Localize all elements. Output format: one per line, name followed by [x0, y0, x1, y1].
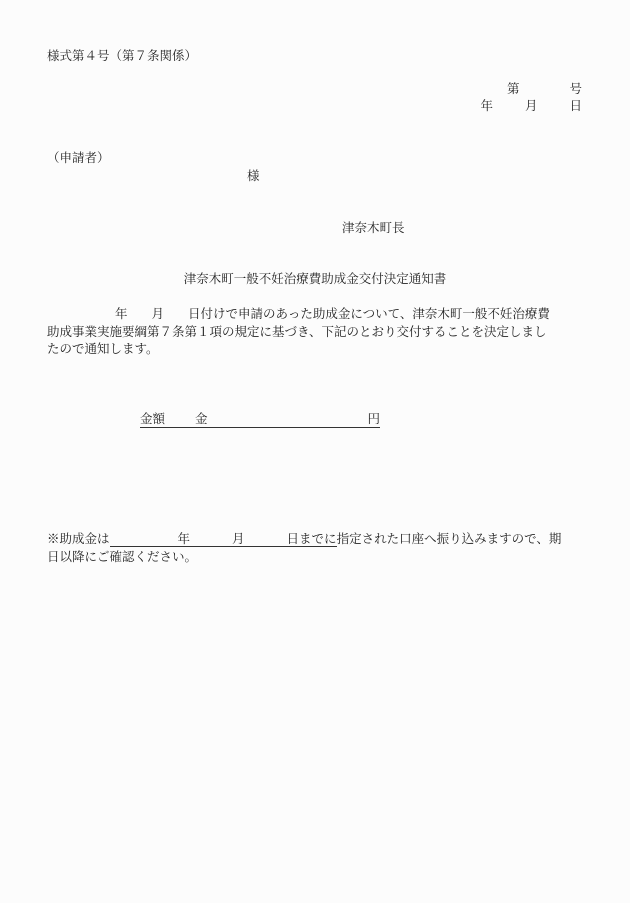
- payment-note: ※助成金は年月日までに指定された口座へ振り込みますので、期 日以降にご確認くださ…: [47, 530, 583, 566]
- payment-date-blank: 年月日までに: [110, 531, 337, 547]
- body-line-2: 助成事業実施要綱第７条第１項の規定に基づき、下記のとおり交付することを決定しまし: [47, 323, 583, 341]
- note-line-2: 日以降にご確認ください。: [47, 548, 583, 566]
- amount-label: 金額: [140, 410, 195, 427]
- body-paragraph: 年月日付けで申請のあった助成金について、津奈木町一般不妊治療費 助成事業実施要綱…: [47, 305, 583, 358]
- body-line-1-text: 日付けで申請のあった助成金について、津奈木町一般不妊治療費: [188, 306, 550, 321]
- note-month: 月: [232, 531, 245, 546]
- note-prefix: ※助成金は: [47, 531, 110, 546]
- form-number-label: 様式第４号（第７条関係）: [47, 47, 197, 64]
- applicant-honorific: 様: [247, 167, 260, 184]
- applicant-label: （申請者）: [47, 149, 110, 166]
- number-suffix: 号: [569, 80, 582, 97]
- note-day-until: 日までに: [287, 531, 337, 546]
- amount-prefix: 金: [195, 410, 367, 427]
- document-title: 津奈木町一般不妊治療費助成金交付決定通知書: [0, 270, 630, 287]
- document-date: 年月日: [480, 97, 582, 114]
- body-line-1: 年月日付けで申請のあった助成金について、津奈木町一般不妊治療費: [47, 305, 583, 323]
- note-line-1-text: 指定された口座へ振り込みますので、期: [337, 531, 562, 546]
- date-day: 日: [569, 97, 582, 114]
- note-line-1: ※助成金は年月日までに指定された口座へ振り込みますので、期: [47, 530, 583, 548]
- body-line-3: たので通知します。: [47, 340, 583, 358]
- note-year: 年: [178, 531, 191, 546]
- document-number: 第号: [507, 80, 582, 97]
- amount-suffix: 円: [367, 410, 380, 427]
- date-month: 月: [525, 97, 538, 114]
- body-year: 年: [115, 306, 128, 321]
- number-prefix: 第: [507, 80, 520, 97]
- body-month: 月: [152, 306, 165, 321]
- amount-field: 金額 金 円: [140, 410, 380, 428]
- issuer-name: 津奈木町長: [342, 219, 405, 236]
- date-year: 年: [480, 97, 493, 114]
